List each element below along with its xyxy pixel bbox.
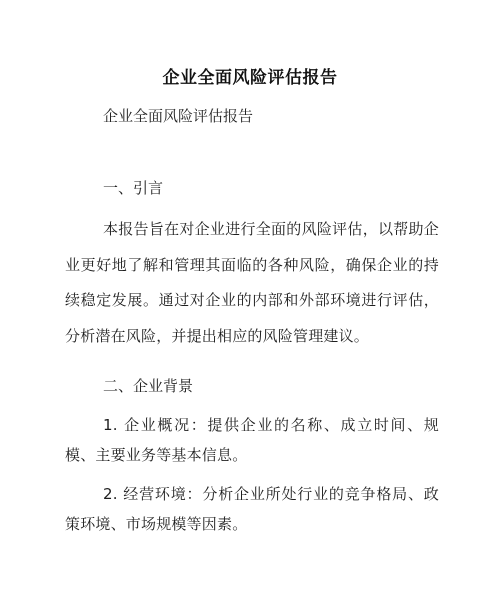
introduction-paragraph: 本报告旨在对企业进行全面的风险评估，以帮助企业更好地了解和管理其面临的各种风险，… <box>65 212 439 355</box>
section-heading-introduction: 一、引言 <box>103 177 163 198</box>
business-environment-paragraph: 2. 经营环境：分析企业所处行业的竞争格局、政策环境、市场规模等因素。 <box>65 480 439 539</box>
document-page: 企业全面风险评估报告 企业全面风险评估报告 一、引言 本报告旨在对企业进行全面的… <box>0 0 500 597</box>
document-title: 企业全面风险评估报告 <box>0 63 500 88</box>
document-subtitle: 企业全面风险评估报告 <box>103 105 253 126</box>
company-overview-paragraph: 1. 企业概况：提供企业的名称、成立时间、规模、主要业务等基本信息。 <box>65 411 439 470</box>
section-heading-company-background: 二、企业背景 <box>103 375 193 396</box>
